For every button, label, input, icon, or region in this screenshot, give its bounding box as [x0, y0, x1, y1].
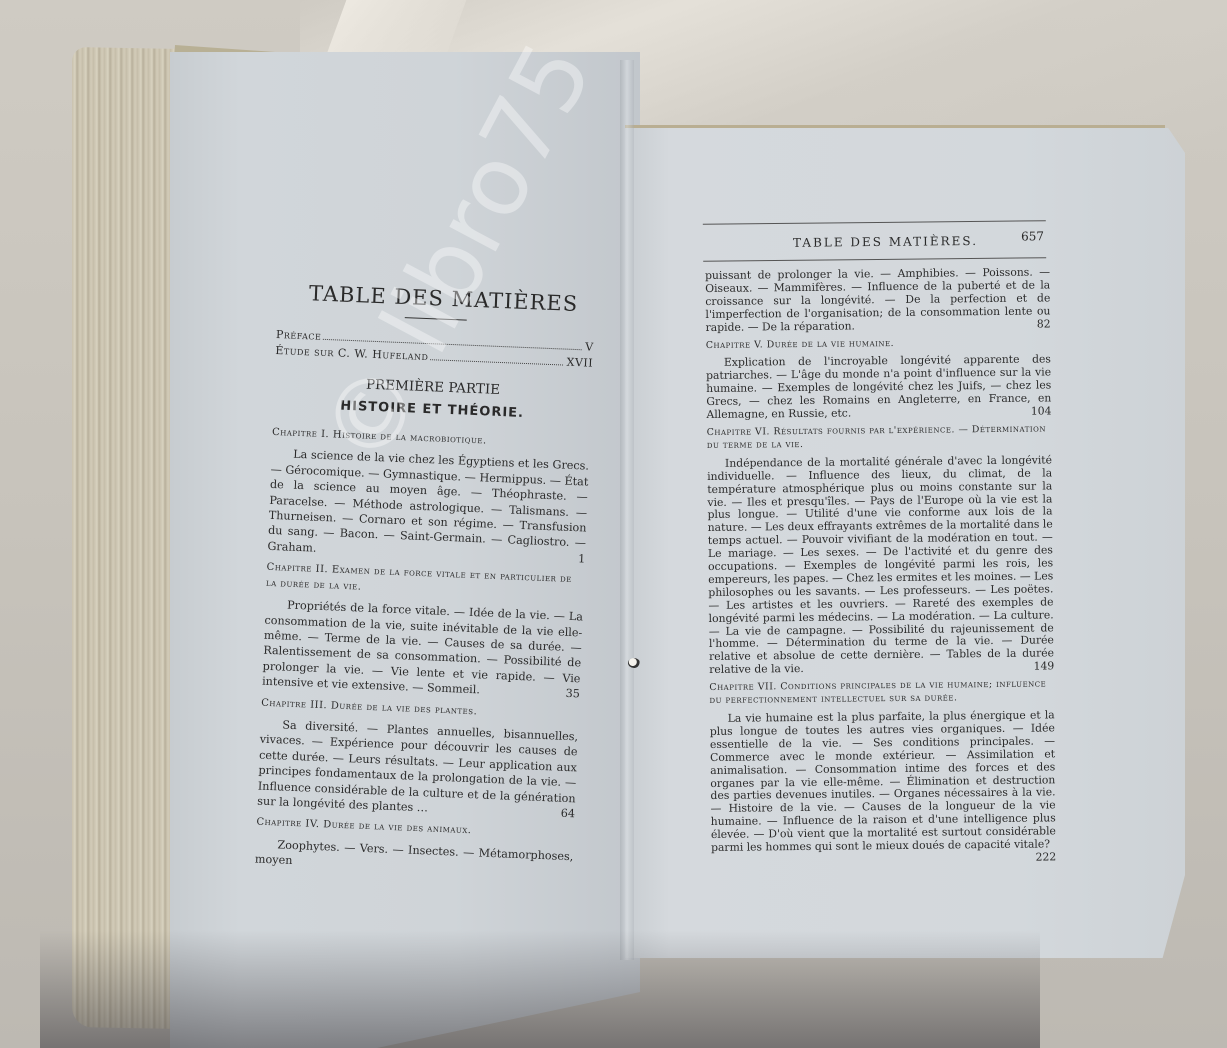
book-gutter — [620, 60, 634, 960]
chapter-heading: Chapitre V. Durée de la vie humaine. — [706, 336, 1051, 353]
binding-thread — [628, 658, 640, 668]
running-header: TABLE DES MATIÈRES. 657 — [703, 220, 1046, 262]
chapter-summary: La vie humaine est la plus parfaite, la … — [710, 709, 1056, 855]
chapter-summary: Indépendance de la mortalité générale d'… — [707, 454, 1054, 677]
chapter-entry: Chapitre V. Durée de la vie humaine. Exp… — [706, 336, 1052, 422]
chapter-heading: Chapitre VII. Conditions principales de … — [709, 679, 1054, 708]
book-page-edges — [72, 47, 182, 1029]
chapter-entry: Chapitre III. Durée de la vie des plante… — [257, 695, 579, 822]
chapter-entry: Chapitre II. Examen de la force vitale e… — [262, 560, 585, 702]
chapter-summary: Explication de l'incroyable longévité ap… — [706, 354, 1052, 422]
leader-dots — [430, 359, 562, 365]
chapter-entry: Chapitre VII. Conditions principales de … — [709, 679, 1056, 855]
chapter-summary: La science de la vie chez les Égyptiens … — [267, 446, 589, 567]
chapter-entry: Chapitre IV. Durée de la vie des animaux… — [255, 815, 575, 880]
chapter-heading: Chapitre II. Examen de la force vitale e… — [266, 560, 585, 604]
left-page-content: TABLE DES MATIÈRES Préface V Étude sur C… — [255, 285, 596, 882]
right-page-content: puissant de prolonger la vie. — Amphibie… — [705, 266, 1056, 867]
chapter-page: 1 — [556, 550, 586, 567]
chapter-page: 149 — [1016, 661, 1055, 674]
title-rule — [405, 318, 467, 321]
chapter-page: 35 — [543, 685, 580, 702]
chapter-summary: Sa diversité. — Plantes annuelles, bisan… — [257, 717, 578, 822]
chapter-entry: Chapitre I. Histoire de la macrobiotique… — [267, 425, 590, 567]
chapter-entry: Chapitre VI. Résultats fournis par l'exp… — [707, 423, 1055, 677]
page-number: 657 — [1021, 229, 1044, 243]
chapter-summary-continued: puissant de prolonger la vie. — Amphibie… — [705, 266, 1051, 334]
chapter-page: 104 — [1013, 405, 1052, 418]
chapter-page: 82 — [1037, 318, 1051, 331]
chapter-heading: Chapitre VI. Résultats fournis par l'exp… — [707, 423, 1052, 452]
chapter-summary: Propriétés de la force vitale. — Idée de… — [262, 597, 583, 702]
chapter-page: 222 — [1017, 851, 1056, 864]
chapter-page: 64 — [538, 805, 575, 822]
running-head-title: TABLE DES MATIÈRES. — [793, 234, 978, 250]
bottom-shadow — [40, 930, 1040, 1048]
